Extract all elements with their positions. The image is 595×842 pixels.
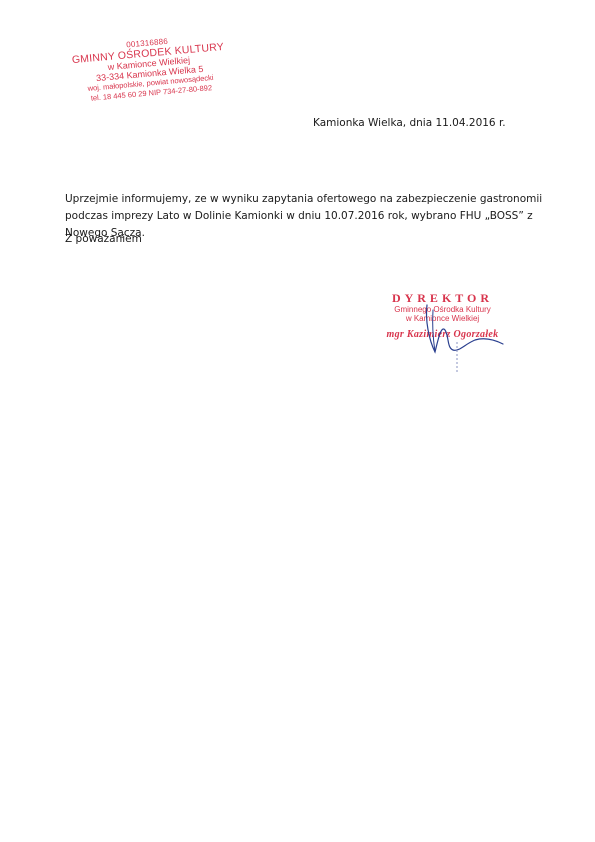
director-institution: Gminnego Ośrodka Kultury	[380, 305, 505, 314]
director-institution-location: w Kamionce Wielkiej	[380, 314, 505, 323]
director-title: DYREKTOR	[380, 292, 505, 305]
director-stamp: DYREKTOR Gminnego Ośrodka Kultury w Kami…	[380, 292, 505, 340]
date-line: Kamionka Wielka, dnia 11.04.2016 r.	[313, 117, 506, 129]
closing-text: Z poważaniem	[65, 233, 142, 245]
organization-stamp: 001316886 GMINNY OŚRODEK KULTURY w Kamio…	[62, 31, 237, 106]
director-name: mgr Kazimierz Ogorzałek	[380, 329, 505, 340]
